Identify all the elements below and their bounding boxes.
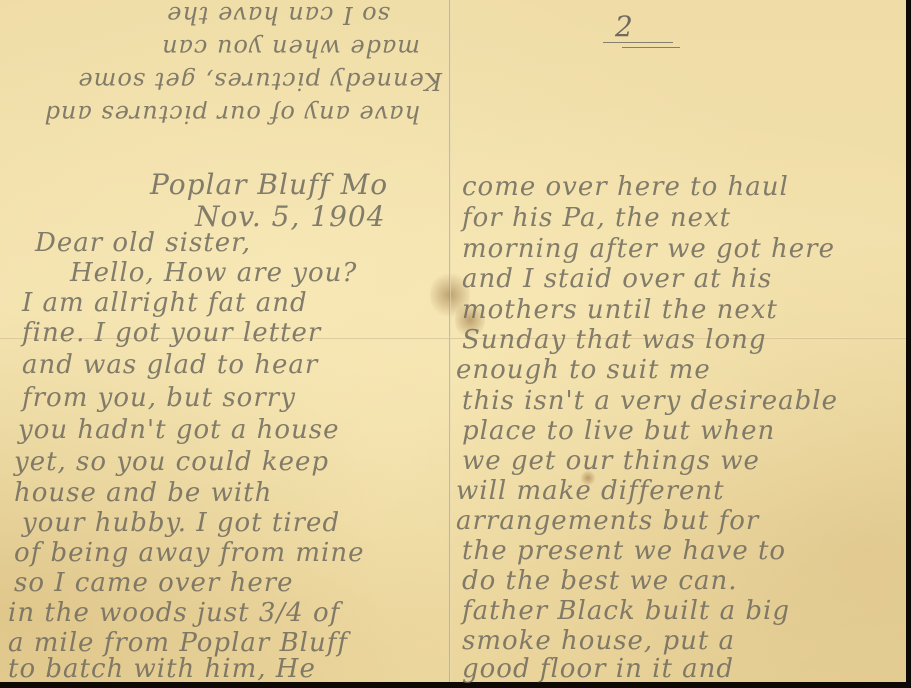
letter-line: from you, but sorry	[22, 383, 296, 413]
letter-line: I am allright fat and	[22, 288, 308, 318]
salutation: Dear old sister,	[35, 228, 251, 258]
letter-line: place to live but when	[462, 416, 775, 446]
letter-line: smoke house, put a	[462, 626, 735, 656]
letter-line: do the best we can.	[462, 566, 737, 596]
letter-line: will make different	[456, 476, 725, 506]
letter-paper: have any of our pictures and Kennedy pic…	[0, 0, 906, 682]
letter-line: morning after we got here	[462, 234, 835, 264]
letter-line: for his Pa, the next	[462, 203, 731, 233]
left-column: Poplar Bluff Mo Nov. 5, 1904 Dear old si…	[0, 0, 450, 682]
letter-line: house and be with	[14, 478, 272, 508]
letter-line: fine. I got your letter	[22, 318, 321, 348]
letter-line: enough to suit me	[456, 355, 711, 385]
letter-line: we get our things we	[462, 446, 760, 476]
letter-line: mothers until the next	[462, 295, 778, 325]
letter-line: you hadn't got a house	[18, 415, 340, 445]
right-column: come over here to haul for his Pa, the n…	[452, 0, 906, 682]
letter-line: father Black built a big	[462, 596, 790, 626]
letter-line: of being away from mine	[14, 538, 364, 568]
letter-place: Poplar Bluff Mo	[150, 168, 388, 201]
letter-line: your hubby. I got tired	[22, 508, 340, 538]
letter-line: and was glad to hear	[22, 350, 318, 380]
letter-line: Sunday that was long	[462, 325, 767, 355]
letter-line: in the woods just 3/4 of	[8, 598, 340, 628]
letter-line: so I came over here	[14, 568, 294, 598]
letter-line: to batch with him, He	[8, 654, 316, 684]
letter-line: good floor in it and	[462, 654, 734, 684]
letter-line: the present we have to	[462, 536, 786, 566]
letter-line: come over here to haul	[462, 172, 789, 202]
letter-line: this isn't a very desireable	[462, 386, 838, 416]
letter-line: and I staid over at his	[462, 264, 772, 294]
letter-line: arrangements but for	[456, 506, 759, 536]
letter-line: Hello, How are you?	[70, 258, 357, 288]
letter-line: yet, so you could keep	[14, 447, 329, 477]
